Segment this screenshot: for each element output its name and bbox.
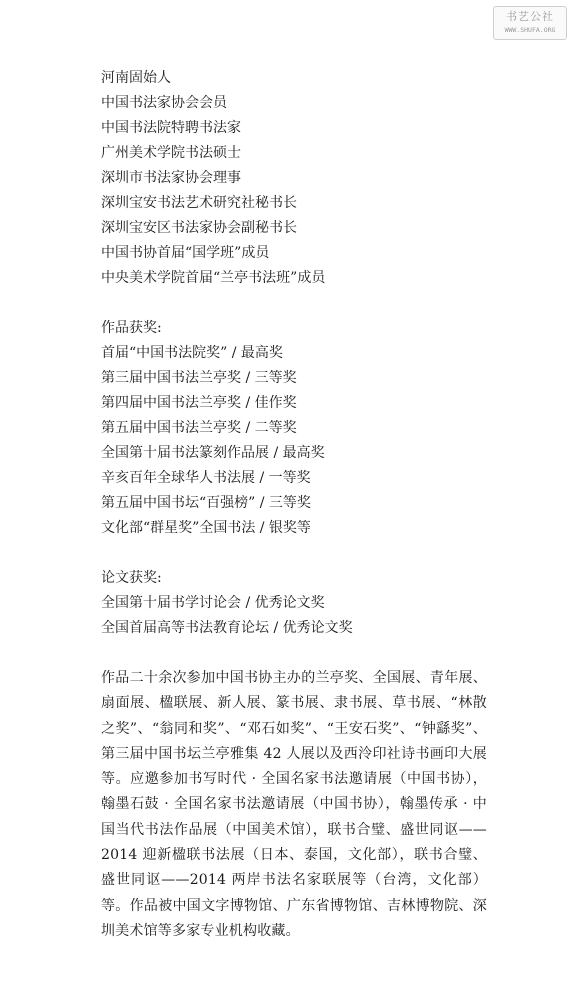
bio-line: 深圳宝安区书法家协会副秘书长	[101, 216, 487, 241]
summary-paragraph: 作品二十余次参加中国书协主办的兰亭奖、全国展、青年展、扇面展、楹联展、新人展、篆…	[101, 666, 487, 944]
papers-heading: 论文获奖:	[101, 566, 487, 591]
article-content: 河南固始人 中国书法家协会会员 中国书法院特聘书法家 广州美术学院书法硕士 深圳…	[101, 66, 487, 944]
spacer	[101, 641, 487, 666]
site-watermark: 书艺公社 WWW.SHUFA.ORG	[493, 6, 567, 40]
bio-line: 中央美术学院首届“兰亭书法班”成员	[101, 266, 487, 291]
spacer	[101, 541, 487, 566]
paper-award-item: 全国首届高等书法教育论坛 / 优秀论文奖	[101, 616, 487, 641]
bio-line: 中国书法家协会会员	[101, 91, 487, 116]
spacer	[101, 291, 487, 316]
award-item: 首届“中国书法院奖” / 最高奖	[101, 341, 487, 366]
bio-line: 深圳市书法家协会理事	[101, 166, 487, 191]
watermark-url: WWW.SHUFA.ORG	[494, 25, 566, 35]
awards-section: 作品获奖: 首届“中国书法院奖” / 最高奖 第三届中国书法兰亭奖 / 三等奖 …	[101, 316, 487, 541]
papers-section: 论文获奖: 全国第十届书学讨论会 / 优秀论文奖 全国首届高等书法教育论坛 / …	[101, 566, 487, 641]
paper-award-item: 全国第十届书学讨论会 / 优秀论文奖	[101, 591, 487, 616]
award-item: 第四届中国书法兰亭奖 / 佳作奖	[101, 391, 487, 416]
bio-list: 河南固始人 中国书法家协会会员 中国书法院特聘书法家 广州美术学院书法硕士 深圳…	[101, 66, 487, 291]
award-item: 第五届中国书坛“百强榜” / 三等奖	[101, 491, 487, 516]
award-item: 文化部“群星奖”全国书法 / 银奖等	[101, 516, 487, 541]
awards-heading: 作品获奖:	[101, 316, 487, 341]
award-item: 辛亥百年全球华人书法展 / 一等奖	[101, 466, 487, 491]
watermark-logo: 书艺公社	[494, 9, 566, 25]
bio-line: 中国书协首届“国学班”成员	[101, 241, 487, 266]
bio-line: 中国书法院特聘书法家	[101, 116, 487, 141]
award-item: 第三届中国书法兰亭奖 / 三等奖	[101, 366, 487, 391]
bio-line: 河南固始人	[101, 66, 487, 91]
bio-line: 深圳宝安书法艺术研究社秘书长	[101, 191, 487, 216]
award-item: 全国第十届书法篆刻作品展 / 最高奖	[101, 441, 487, 466]
award-item: 第五届中国书法兰亭奖 / 二等奖	[101, 416, 487, 441]
bio-line: 广州美术学院书法硕士	[101, 141, 487, 166]
